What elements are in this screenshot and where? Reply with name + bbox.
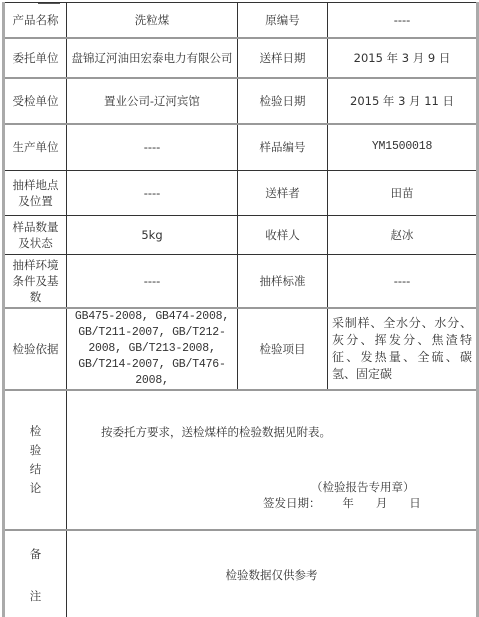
conclusion-cell: 按委托方要求，送检煤样的检验数据见附表。 （检验报告专用章） 签发日期： 年 月… bbox=[67, 390, 478, 530]
label-sampling-standard: 抽样标准 bbox=[238, 255, 328, 308]
value-receiver: 赵冰 bbox=[328, 216, 478, 255]
remark-text: 检验数据仅供参考 bbox=[67, 530, 478, 617]
label-sampling-environment: 抽样环境条件及基数 bbox=[4, 255, 67, 308]
value-client: 盘锦辽河油田宏泰电力有限公司 bbox=[67, 38, 238, 78]
value-original-number: ---- bbox=[328, 3, 478, 38]
label-remark: 备注 bbox=[4, 530, 67, 617]
label-receiver: 收样人 bbox=[238, 216, 328, 255]
label-sample-quantity: 样品数量及状态 bbox=[4, 216, 67, 255]
value-sample-quantity: 5kg bbox=[67, 216, 238, 255]
report-stamp-note: （检验报告专用章） bbox=[311, 479, 415, 495]
value-inspection-date: 2015 年 3 月 11 日 bbox=[328, 78, 478, 124]
label-producer: 生产单位 bbox=[4, 124, 67, 171]
conclusion-text: 按委托方要求，送检煤样的检验数据见附表。 bbox=[101, 424, 331, 440]
label-inspected-unit: 受检单位 bbox=[4, 78, 67, 124]
label-delivery-date: 送样日期 bbox=[238, 38, 328, 78]
label-conclusion: 检验结论 bbox=[4, 390, 67, 530]
inspection-report-table: 产品名称 洗粒煤 原编号 ---- 委托单位 盘锦辽河油田宏泰电力有限公司 送样… bbox=[2, 2, 479, 617]
label-client: 委托单位 bbox=[4, 38, 67, 78]
label-product-name: 产品名称 bbox=[4, 3, 67, 38]
value-inspection-basis: GB475-2008, GB474-2008, GB/T211-2007, GB… bbox=[67, 308, 238, 390]
value-inspection-items: 采制样、全水分、水分、灰分、挥发分、焦渣特征、发热量、全硫、碳氢、固定碳 bbox=[328, 308, 478, 390]
label-original-number: 原编号 bbox=[238, 3, 328, 38]
value-producer: ---- bbox=[67, 124, 238, 171]
value-delivery-date: 2015 年 3 月 9 日 bbox=[328, 38, 478, 78]
value-product-name: 洗粒煤 bbox=[67, 3, 238, 38]
value-inspected-unit: 置业公司-辽河宾馆 bbox=[67, 78, 238, 124]
label-inspection-basis: 检验依据 bbox=[4, 308, 67, 390]
value-sampling-environment: ---- bbox=[67, 255, 238, 308]
label-sample-number: 样品编号 bbox=[238, 124, 328, 171]
value-sampling-standard: ---- bbox=[328, 255, 478, 308]
issue-date: 签发日期： 年 月 日 bbox=[263, 495, 421, 511]
value-sampling-location: ---- bbox=[67, 171, 238, 216]
label-sampling-location: 抽样地点及位置 bbox=[4, 171, 67, 216]
label-inspection-items: 检验项目 bbox=[238, 308, 328, 390]
label-sender: 送样者 bbox=[238, 171, 328, 216]
value-sample-number: YM1500018 bbox=[328, 124, 478, 171]
value-sender: 田苗 bbox=[328, 171, 478, 216]
label-inspection-date: 检验日期 bbox=[238, 78, 328, 124]
